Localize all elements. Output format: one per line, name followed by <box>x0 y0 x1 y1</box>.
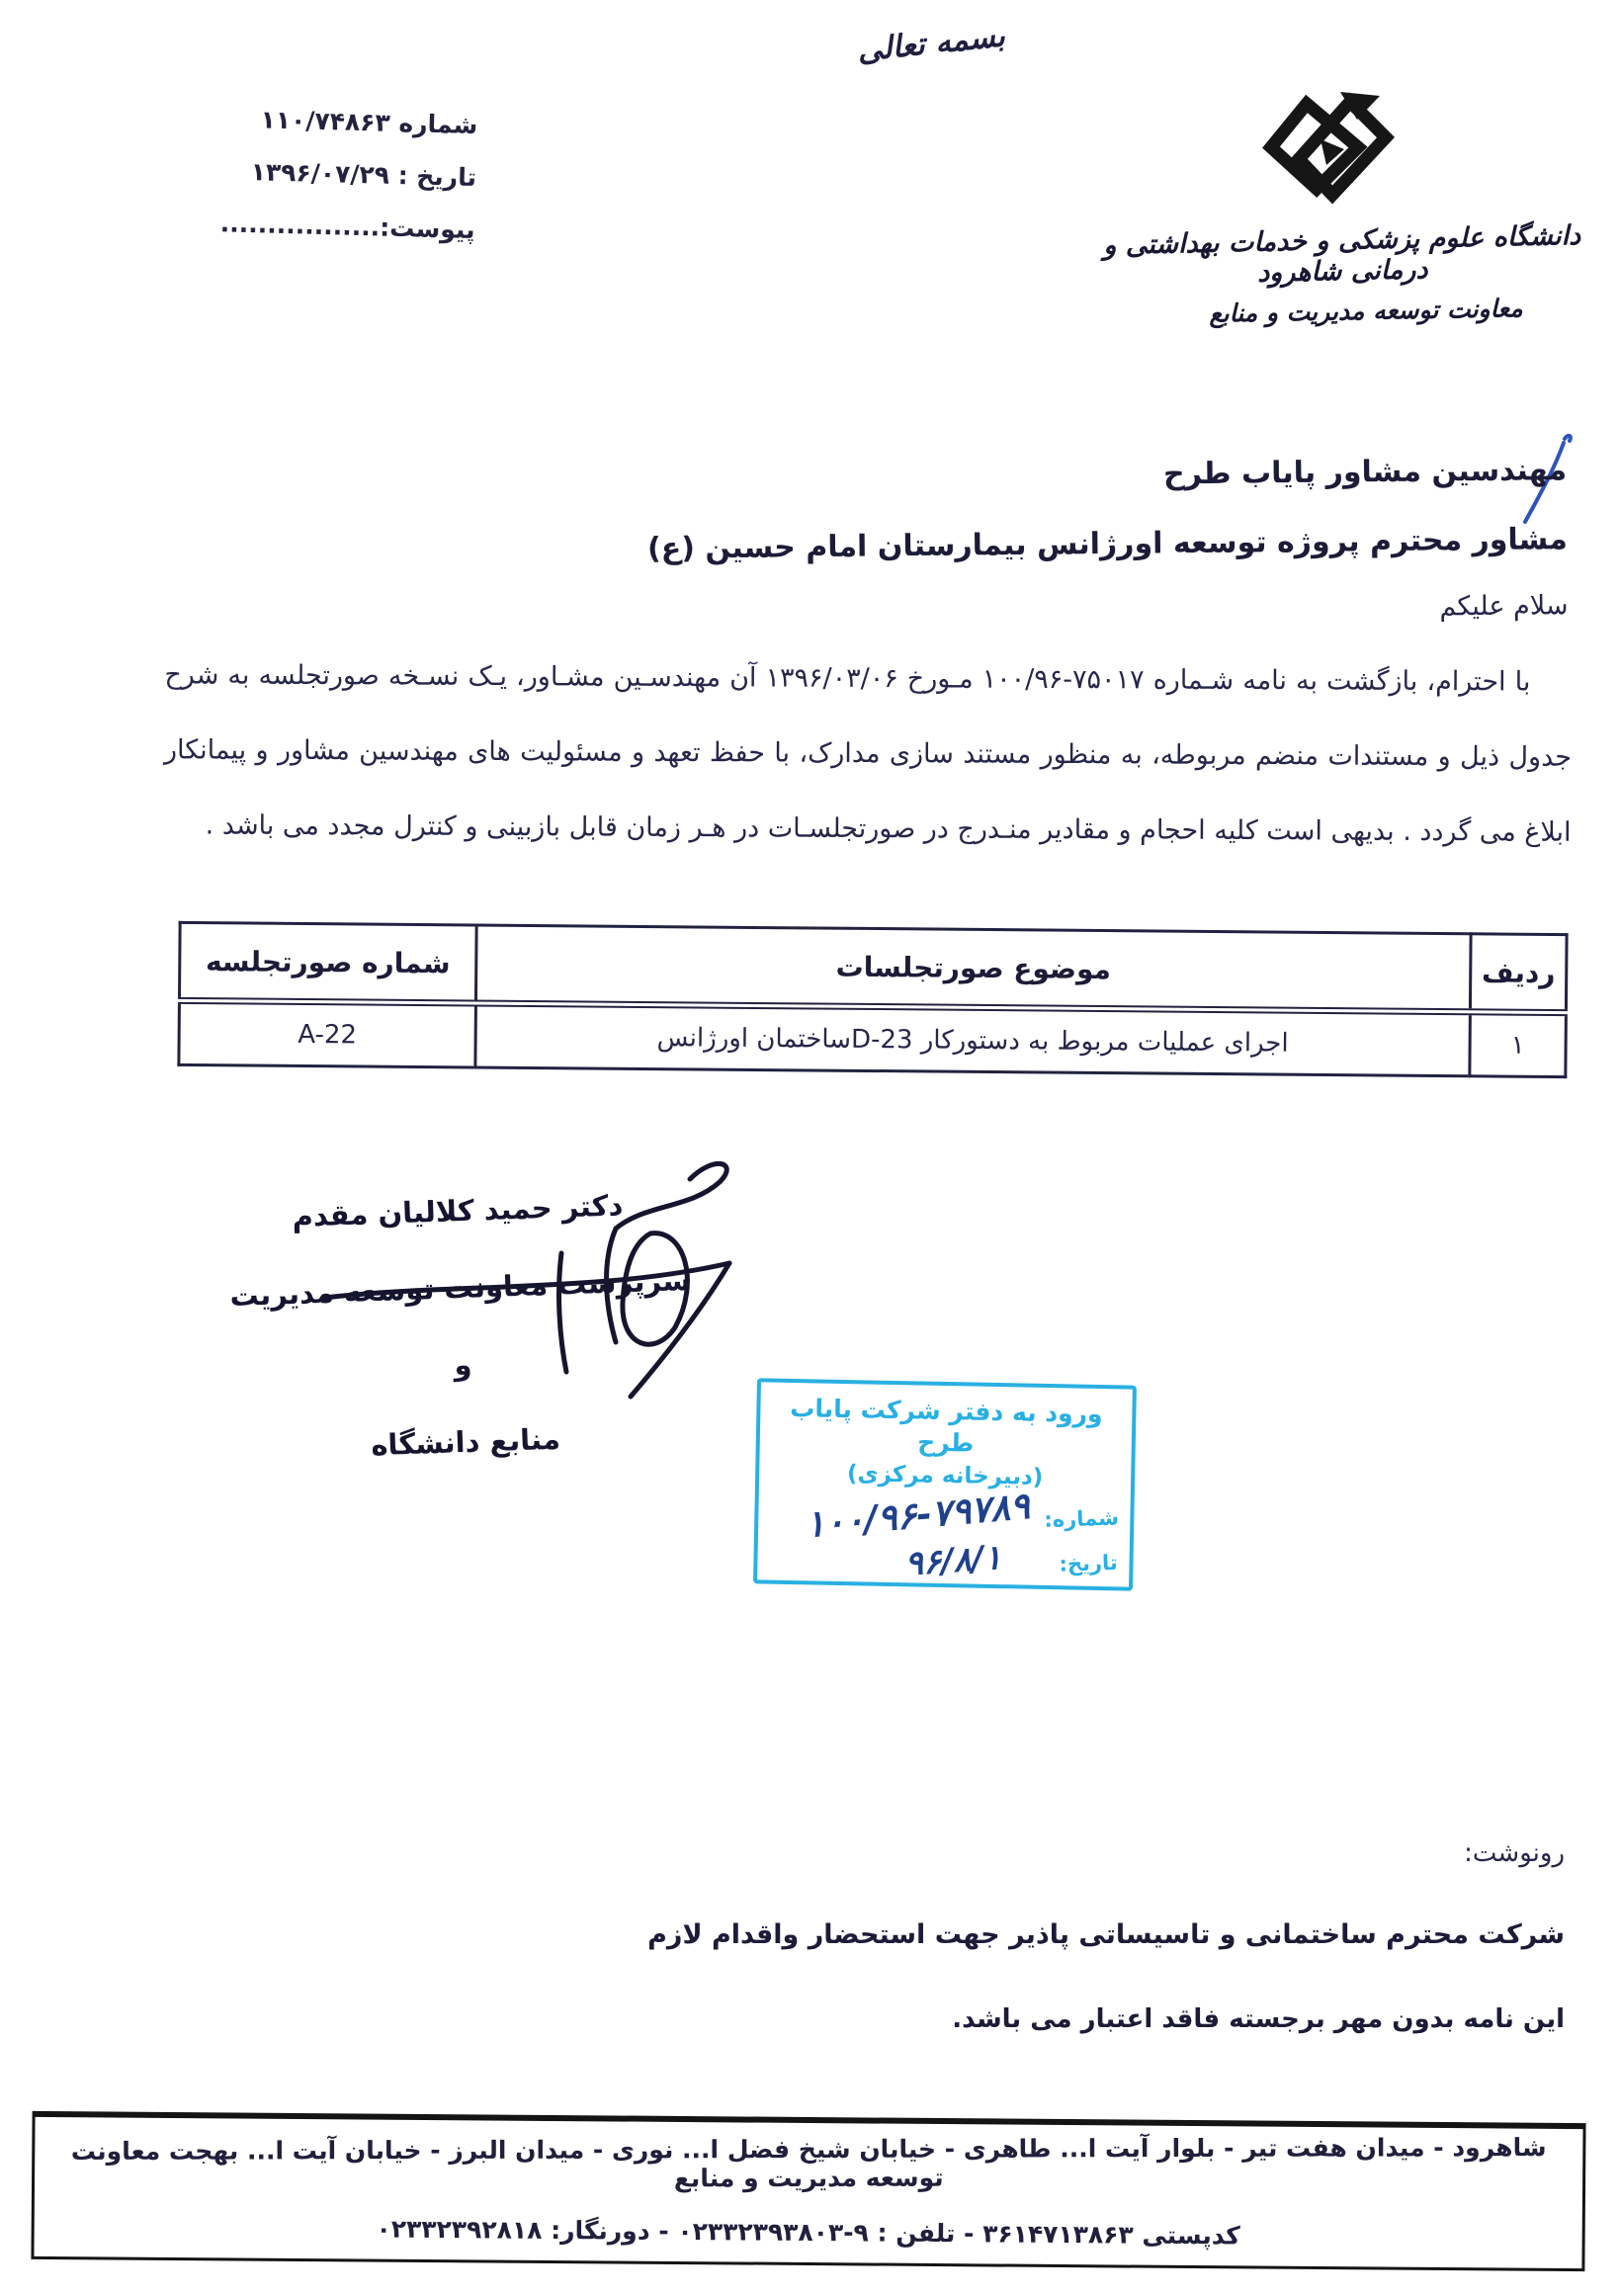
university-logo-icon <box>1255 85 1404 215</box>
reference-block: شماره ۱۱۰/۷۴۸۶۳ تاریخ : ۱۳۹۶/۰۷/۲۹ پیوست… <box>168 91 478 256</box>
stamp-subtitle: (دبیرخانه مرکزی) <box>759 1457 1132 1493</box>
letter-number: شماره ۱۱۰/۷۴۸۶۳ <box>171 91 478 151</box>
signatory-title-line2: منابع دانشگاه <box>232 1396 699 1488</box>
footer-contact-box: شاهرود - میدان هفت تیر - بلوار آیت ا... … <box>31 2111 1585 2271</box>
deputy-name: معاونت توسعه مدیریت و منابع <box>1198 294 1534 328</box>
stamp-date-handwritten: ۹۶/۸/۱ <box>903 1538 1002 1584</box>
greeting: سلام علیکم <box>648 586 1569 636</box>
recipient-block: مهندسین مشاور پایاب طرح مشاور محترم پروژ… <box>646 450 1569 636</box>
signatory-title-line1: سرپرست معاونت توسعه مدیریت و <box>226 1241 696 1411</box>
stamp-title: ورود به دفتر شرکت پایاب طرح <box>760 1392 1133 1462</box>
cc-item: شرکت محترم ساختمانی و تاسیساتی پاذیر جهت… <box>647 1919 1565 1950</box>
stamp-number-label: شماره: <box>1043 1505 1118 1531</box>
stamp-number-row: شماره: ۱۰۰/۹۶-۷۹۷۸۹ <box>758 1490 1131 1540</box>
footer-contact: کدپستی ۳۶۱۴۷۱۳۸۶۳ - تلفن : ۹-۰۲۳۳۲۳۹۳۸۰۳… <box>35 2212 1582 2253</box>
footer-address: شاهرود - میدان هفت تیر - بلوار آیت ا... … <box>35 2133 1582 2194</box>
scanned-letter-page: بسمه تعالی شماره ۱۱۰/۷۴۸۶۳ تاریخ : ۱۳۹۶/… <box>0 0 1619 2296</box>
minutes-table: ردیف موضوع صورتجلسات شماره صورتجلسه ۱ اج… <box>177 921 1568 1078</box>
stamp-date-label: تاریخ: <box>1059 1551 1118 1576</box>
signatory-block: دکتر حمید کلالیان مقدم سرپرست معاونت توس… <box>224 1164 700 1488</box>
besmele-calligraphy: بسمه تعالی <box>811 14 1051 74</box>
recipient-name: مهندسین مشاور پایاب طرح <box>646 450 1567 501</box>
col-header-minutes-no: شماره صورتجلسه <box>179 922 476 1003</box>
cc-label: رونوشت: <box>1464 1838 1565 1868</box>
cell-row-no: ۱ <box>1470 1012 1567 1077</box>
letter-body: با احترام، بازگشت به نامه شـماره ۷۵۰۱۷-۱… <box>163 638 1572 870</box>
col-header-row-no: ردیف <box>1470 934 1567 1013</box>
table-row: ۱ اجرای عملیات مربوط به دستورکار D-23ساخ… <box>179 1000 1567 1076</box>
cell-minutes-no: A-22 <box>179 1000 476 1067</box>
entry-stamp: ورود به دفتر شرکت پایاب طرح (دبیرخانه مر… <box>753 1378 1137 1590</box>
university-name: دانشگاه علوم پزشکی و خدمات بهداشتی و درم… <box>1084 220 1599 293</box>
stamp-number-handwritten: ۱۰۰/۹۶-۷۹۷۸۹ <box>804 1485 1031 1546</box>
validity-note: این نامه بدون مهر برجسته فاقد اعتبار می … <box>952 2004 1565 2034</box>
table-header-row: ردیف موضوع صورتجلسات شماره صورتجلسه <box>179 922 1567 1012</box>
cell-subject: اجرای عملیات مربوط به دستورکار D-23ساختم… <box>475 1003 1471 1076</box>
letter-date: تاریخ : ۱۳۹۶/۰۷/۲۹ <box>169 143 476 204</box>
col-header-subject: موضوع صورتجلسات <box>475 925 1471 1012</box>
attachment-field: پیوست:................. <box>168 196 475 256</box>
recipient-title: مشاور محترم پروژه توسعه اورژانس بیمارستا… <box>647 519 1568 570</box>
